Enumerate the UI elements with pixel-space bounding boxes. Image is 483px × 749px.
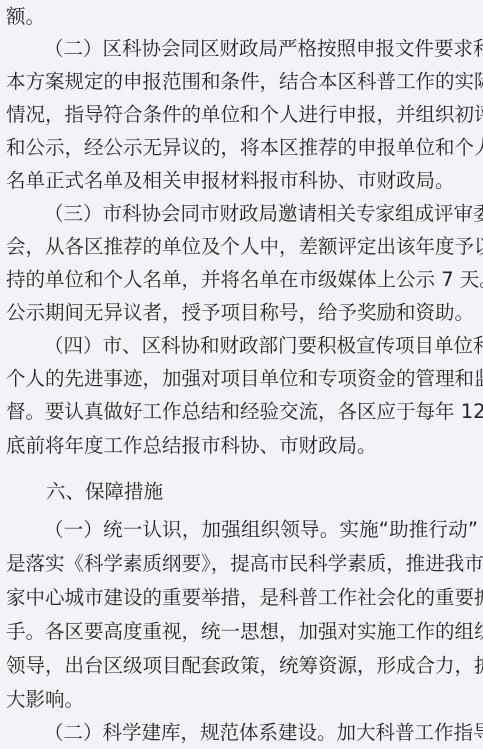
text-line: 手。各区要高度重视，统一思想，加强对实施工作的组织 — [6, 620, 478, 644]
text-line: 情况，指导符合条件的单位和个人进行申报，并组织初评 — [6, 103, 478, 127]
section-heading: 六、保障措施 — [46, 480, 483, 504]
paragraph-2-start: （二）区科协会同区财政局严格按照申报文件要求和 — [44, 37, 478, 61]
text-line: 底前将年度工作总结报市科协、市财政局。 — [6, 434, 478, 458]
text-line: 公示期间无异议者，授予项目称号，给予奖励和资助。 — [6, 301, 478, 325]
paragraph-4-start: （四）市、区科协和财政部门要积极宣传项目单位和 — [44, 334, 478, 358]
text-line: 督。要认真做好工作总结和经验交流，各区应于每年 12 月 — [6, 400, 478, 424]
text-line: 是落实《科学素质纲要》，提高市民科学素质，推进我市国 — [6, 552, 478, 576]
text-line: 持的单位和个人名单，并将名单在市级媒体上公示 7 天。 — [6, 268, 478, 292]
paragraph-6-1-start: （一）统一认识，加强组织领导。实施“助推行动” — [44, 518, 478, 542]
text-line: 大影响。 — [6, 688, 478, 712]
text-line: 和公示，经公示无异议的，将本区推荐的申报单位和个人 — [6, 136, 478, 160]
text-line: 本方案规定的申报范围和条件，结合本区科普工作的实际 — [6, 70, 478, 94]
text-line: 会，从各区推荐的单位及个人中，差额评定出该年度予以支 — [6, 235, 478, 259]
text-line-continuation: 额。 — [6, 5, 478, 29]
text-line: 家中心城市建设的重要举措，是科普工作社会化的重要抓 — [6, 586, 478, 610]
text-line: 领导，出台区级项目配套政策，统筹资源，形成合力，扩 — [6, 654, 478, 678]
document-page: 额。 （二）区科协会同区财政局严格按照申报文件要求和 本方案规定的申报范围和条件… — [0, 0, 483, 749]
paragraph-6-2-start: （二）科学建库，规范体系建设。加大科普工作指导 — [44, 721, 478, 745]
paragraph-3-start: （三）市科协会同市财政局邀请相关专家组成评审委员 — [44, 202, 478, 226]
text-line: 名单正式名单及相关申报材料报市科协、市财政局。 — [6, 169, 478, 193]
text-line: 个人的先进事迹，加强对项目单位和专项资金的管理和监 — [6, 367, 478, 391]
